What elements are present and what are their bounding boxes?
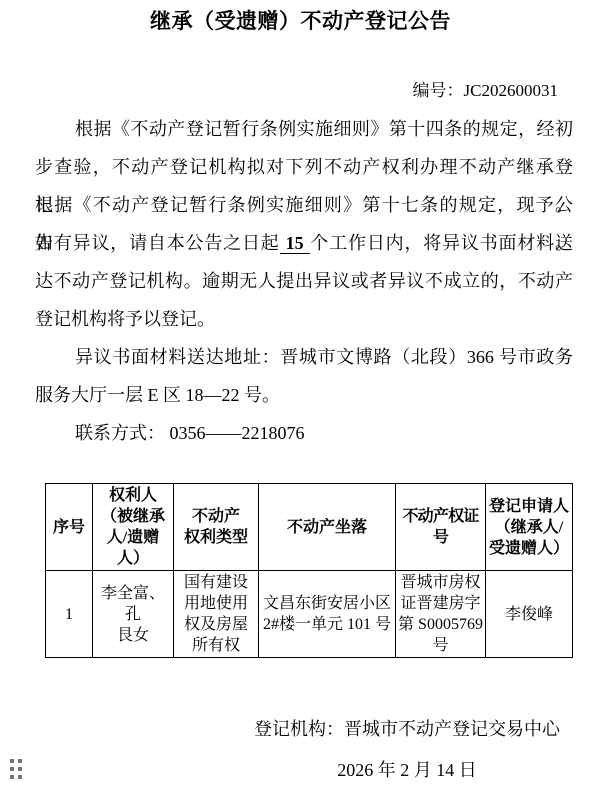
header-applicant: 登记申请人 （继承人/ 受遗赠人） [486, 484, 573, 571]
body-line-4: 如有异议，请自本公告之日起15个工作日内，将异议书面材料送 [35, 224, 573, 262]
notice-document-page: 继承（受遗赠）不动产登记公告 编号：JC202600031 根据《不动产登记暂行… [0, 6, 601, 794]
notice-body: 根据《不动产登记暂行条例实施细则》第十四条的规定，经初 步查验，不动产登记机构拟… [35, 110, 573, 452]
header-cert-no: 不动产权证号 [396, 484, 486, 571]
body-line-2: 步查验，不动产登记机构拟对下列不动产权利办理不动产继承登记。 [35, 148, 573, 186]
page-title: 继承（受遗赠）不动产登记公告 [0, 6, 601, 36]
cell-seq: 1 [46, 571, 93, 658]
registration-agency: 登记机构：晋城市不动产登记交易中心 [254, 716, 560, 742]
cell-holder: 李全富、孔 艮女 [93, 571, 174, 658]
registration-table: 序号 权利人 （被继承 人/遗赠 人） 不动产 权利类型 不动产坐落 不动产权证… [45, 483, 573, 658]
body-line-7: 异议书面材料送达地址：晋城市文博路（北段）366 号市政务 [35, 338, 573, 376]
table-header-row: 序号 权利人 （被继承 人/遗赠 人） 不动产 权利类型 不动产坐落 不动产权证… [46, 484, 573, 571]
notice-date: 2026 年 2 月 14 日 [254, 758, 560, 782]
grid-dots-handle-icon[interactable] [10, 759, 22, 779]
body-line-8: 服务大厅一层 E 区 18—22 号。 [35, 376, 573, 414]
table-row: 1 李全富、孔 艮女 国有建设 用地使用 权及房屋 所有权 文昌东街安居小区 2… [46, 571, 573, 658]
header-seq: 序号 [46, 484, 93, 571]
cell-cert-no: 晋城市房权 证晋建房字 第 S0005769 号 [396, 571, 486, 658]
body-line-4-post: 个工作日内，将异议书面材料送 [310, 233, 573, 253]
body-line-3: 根据《不动产登记暂行条例实施细则》第十七条的规定，现予公告。 [35, 186, 573, 224]
body-line-4-pre: 如有异议，请自本公告之日起 [35, 233, 280, 253]
cell-applicant: 李俊峰 [486, 571, 573, 658]
body-line-1: 根据《不动产登记暂行条例实施细则》第十四条的规定，经初 [35, 110, 573, 148]
body-line-5: 达不动产登记机构。逾期无人提出异议或者异议不成立的，不动产 [35, 262, 573, 300]
header-location: 不动产坐落 [259, 484, 396, 571]
cell-right-type: 国有建设 用地使用 权及房屋 所有权 [174, 571, 259, 658]
header-right-type: 不动产 权利类型 [174, 484, 259, 571]
footer: 登记机构：晋城市不动产登记交易中心 2026 年 2 月 14 日 [254, 716, 560, 782]
objection-days-value: 15 [280, 233, 310, 254]
header-holder: 权利人 （被继承 人/遗赠 人） [93, 484, 174, 571]
body-line-6: 登记机构将予以登记。 [35, 300, 573, 338]
cell-location: 文昌东街安居小区 2#楼一单元 101 号 [259, 571, 396, 658]
contact-line: 联系方式： 0356——2218076 [35, 414, 573, 452]
doc-number: 编号：JC202600031 [0, 72, 601, 110]
